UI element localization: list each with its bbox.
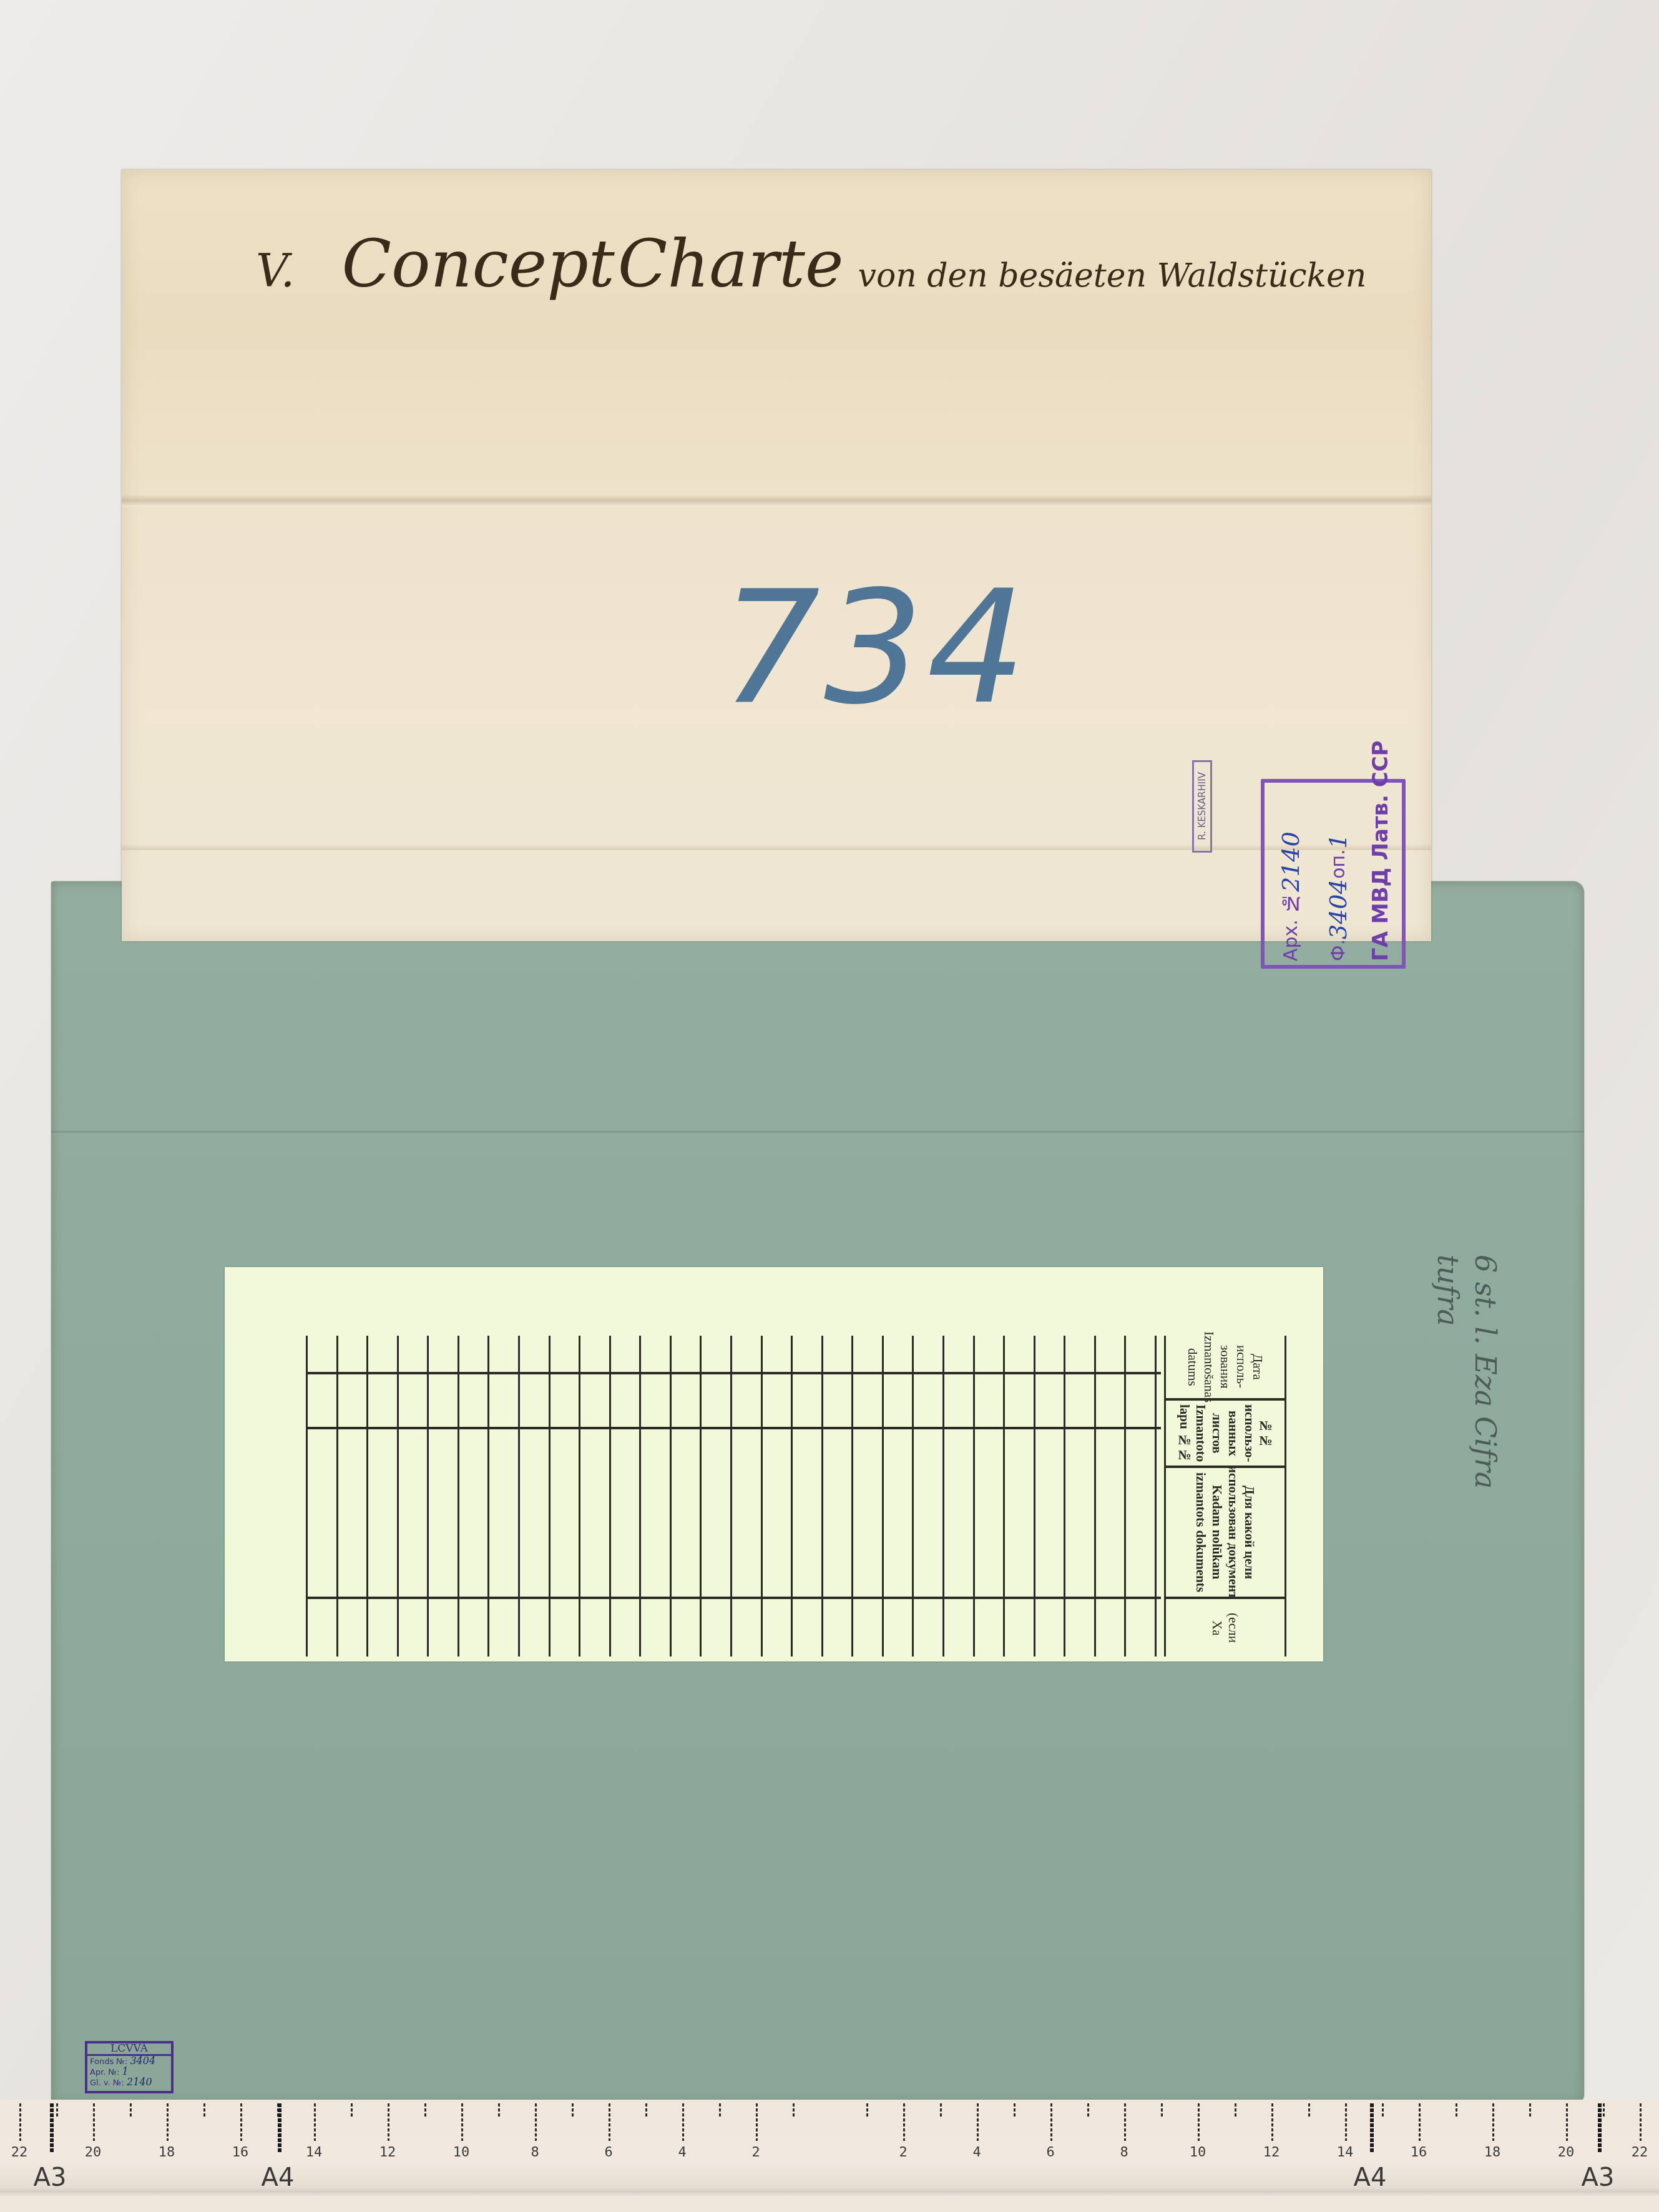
measurement-ruler: 222018161412108642246810121416182022A3A4…	[0, 2100, 1659, 2212]
format-label: A3	[34, 2163, 67, 2192]
title-rest: von den besäeten Waldstücken	[858, 257, 1367, 295]
grid-row-line	[306, 1427, 1161, 1429]
roman-numeral-mark: V.	[256, 245, 295, 297]
ruler-minor-tick	[1014, 2103, 1015, 2117]
grid-column-line	[912, 1336, 914, 1657]
ruler-number: 12	[379, 2145, 396, 2160]
ruler-tick	[1492, 2103, 1494, 2141]
manuscript-heading: V. Concept Charte von den besäeten Walds…	[256, 226, 1366, 302]
stamp-fond-line: Ф. 3404 оп. 1	[1321, 786, 1356, 961]
grid-column-line	[366, 1336, 368, 1657]
grid-column-line	[518, 1336, 520, 1657]
grid-column-line	[1064, 1336, 1065, 1657]
format-label: A4	[262, 2163, 295, 2192]
manuscript-sheet: V. Concept Charte von den besäeten Walds…	[122, 170, 1431, 941]
ruler-number: 10	[1190, 2145, 1206, 2160]
title-charte: Charte	[618, 226, 844, 302]
ruler-tick	[609, 2103, 610, 2141]
ruler-minor-tick	[645, 2103, 647, 2117]
ruler-tick	[1124, 2103, 1126, 2141]
ruler-minor-tick	[351, 2103, 353, 2117]
ruler-number: 22	[11, 2145, 28, 2160]
sheet-fold-line	[122, 494, 1431, 507]
ruler-tick	[977, 2103, 979, 2141]
header-sheets-lv: Izmantoto lapu №№	[1177, 1404, 1209, 1462]
ruler-minor-tick	[866, 2103, 868, 2117]
grid-column-line	[700, 1336, 702, 1657]
ruler-number: 6	[604, 2145, 612, 2160]
grid-column-line	[639, 1336, 641, 1657]
ruler-tick	[682, 2103, 684, 2141]
header-purpose-ru: Для какой цели использован документ	[1225, 1466, 1258, 1598]
grid-column-line	[1034, 1336, 1035, 1657]
ruler-minor-tick	[1161, 2103, 1163, 2117]
ruler-minor-tick	[1087, 2103, 1089, 2117]
header-date-lv: Izmantošanas datums	[1185, 1331, 1217, 1402]
ruler-tick	[1345, 2103, 1347, 2141]
ruler-number: 14	[1337, 2145, 1354, 2160]
grid-column-line	[549, 1336, 551, 1657]
ruler-minor-tick	[1529, 2103, 1531, 2117]
ruler-number: 6	[1046, 2145, 1054, 2160]
grid-column-line	[882, 1336, 884, 1657]
ruler-tick	[388, 2103, 389, 2141]
lcvva-apr-label: Apr. №:	[90, 2068, 119, 2077]
lcvva-fonds-row: Fonds №: 3404	[87, 2056, 171, 2067]
header-sheets-ru: №№ использо- ванных листов	[1209, 1404, 1274, 1462]
ruler-number: 20	[85, 2145, 102, 2160]
ruler-tick	[1050, 2103, 1052, 2141]
ruler-number: 2	[899, 2145, 907, 2160]
header-date-ru: Дата исполь- зования	[1217, 1345, 1266, 1389]
ruler-tick	[756, 2103, 758, 2141]
grid-column-line	[973, 1336, 975, 1657]
stamp-title: ГА МВД Латв. ССР	[1368, 786, 1393, 961]
ruler-tick	[1198, 2103, 1200, 2141]
usage-slip-grid	[306, 1336, 1161, 1657]
ruler-number: 20	[1558, 2145, 1575, 2160]
grid-column-line	[670, 1336, 672, 1657]
ruler-tick	[240, 2103, 242, 2141]
header-purpose: Kadam nolūkam izmantots dokuments Для ка…	[1166, 1468, 1285, 1599]
grid-column-line	[761, 1336, 763, 1657]
ruler-tick	[314, 2103, 316, 2141]
grid-row-line	[306, 1597, 1161, 1599]
usage-slip: Izmantošanas datums Дата исполь- зования…	[225, 1267, 1323, 1661]
ruler-number: 16	[232, 2145, 249, 2160]
ruler-minor-tick	[1308, 2103, 1310, 2117]
grid-column-line	[458, 1336, 459, 1657]
format-mark	[278, 2103, 281, 2153]
ruler-minor-tick	[498, 2103, 500, 2117]
header-purpose-lv: Kadam nolūkam izmantots dokuments	[1193, 1472, 1225, 1592]
ruler-number: 2	[751, 2145, 760, 2160]
stamp-item-value: 2140	[1277, 831, 1304, 892]
lcvva-gl-row: Gl. v. №: 2140	[87, 2077, 171, 2088]
archive-number: 734	[721, 557, 1030, 738]
header-sheets: Izmantoto lapu №№ №№ использо- ванных ли…	[1166, 1401, 1285, 1468]
ruler-number: 18	[159, 2145, 175, 2160]
grid-column-line	[1094, 1336, 1096, 1657]
ruler-tick	[19, 2103, 21, 2141]
cover-fold-line	[51, 1131, 1584, 1135]
ruler-minor-tick	[719, 2103, 721, 2117]
ruler-tick	[93, 2103, 95, 2141]
stamp-item-line: Арх. № 2140	[1273, 786, 1308, 961]
header-extra-lv: Xa	[1209, 1620, 1225, 1636]
sheet-fold-line-lower	[122, 844, 1431, 850]
format-mark	[1370, 2103, 1374, 2153]
state-archive-stamp: ГА МВД Латв. ССР Ф. 3404 оп. 1 Арх. № 21…	[1261, 779, 1406, 969]
format-mark	[50, 2103, 54, 2153]
grid-column-line	[730, 1336, 732, 1657]
lcvva-stamp: LCVVA Fonds №: 3404 Apr. №: 1 Gl. v. №: …	[85, 2041, 174, 2093]
ruler-minor-tick	[1382, 2103, 1384, 2117]
ruler-tick	[1271, 2103, 1273, 2141]
lcvva-title: LCVVA	[87, 2043, 171, 2056]
grid-column-line	[851, 1336, 853, 1657]
stamp-opis-label: оп.	[1328, 849, 1349, 879]
ruler-number: 4	[678, 2145, 686, 2160]
ruler-minor-tick	[424, 2103, 426, 2117]
keskarhiiv-stamp: R. KESKARHIIV	[1192, 760, 1212, 853]
grid-column-line	[1003, 1336, 1005, 1657]
ruler-tick	[535, 2103, 537, 2141]
grid-row-line	[306, 1372, 1161, 1374]
grid-column-line	[791, 1336, 793, 1657]
ruler-number: 8	[1120, 2145, 1128, 2160]
grid-column-line	[306, 1336, 308, 1657]
grid-column-line	[1124, 1336, 1126, 1657]
ruler-number: 4	[972, 2145, 981, 2160]
ruler-minor-tick	[1603, 2103, 1605, 2117]
ruler-number: 14	[306, 2145, 323, 2160]
ruler-minor-tick	[1235, 2103, 1236, 2117]
format-label: A3	[1582, 2163, 1615, 2192]
pencil-note: 6 st. l. Eza Cifra tufra	[1429, 1255, 1504, 1517]
ruler-number: 18	[1484, 2145, 1501, 2160]
grid-column-line	[609, 1336, 611, 1657]
grid-column-line	[821, 1336, 823, 1657]
ruler-number: 10	[453, 2145, 470, 2160]
stamp-f-label: Ф.	[1328, 939, 1349, 961]
ruler-tick	[461, 2103, 463, 2141]
header-date: Izmantošanas datums Дата исполь- зования	[1166, 1336, 1285, 1401]
ruler-minor-tick	[56, 2103, 58, 2117]
ruler-minor-tick	[793, 2103, 795, 2117]
ruler-number: 12	[1263, 2145, 1280, 2160]
grid-column-line	[336, 1336, 338, 1657]
ruler-number: 22	[1632, 2145, 1648, 2160]
usage-slip-header: Izmantošanas datums Дата исполь- зования…	[1164, 1336, 1286, 1657]
grid-column-line	[942, 1336, 944, 1657]
grid-column-line	[427, 1336, 429, 1657]
stamp-opis-value: 1	[1324, 834, 1352, 849]
format-mark	[1598, 2103, 1602, 2153]
ruler-minor-tick	[940, 2103, 942, 2117]
format-label: A4	[1354, 2163, 1387, 2192]
lcvva-fonds-value: 3404	[130, 2055, 155, 2067]
ruler-tick	[167, 2103, 169, 2141]
stamp-item-label: Арх. №	[1280, 892, 1302, 961]
grid-column-line	[1155, 1336, 1157, 1657]
ruler-tick	[1419, 2103, 1421, 2141]
ruler-tick	[903, 2103, 905, 2141]
ruler-number: 8	[531, 2145, 539, 2160]
ruler-number: 16	[1411, 2145, 1427, 2160]
lcvva-gl-value: 2140	[127, 2076, 152, 2088]
header-extra: Xa (если	[1166, 1599, 1285, 1657]
ruler-minor-tick	[572, 2103, 574, 2117]
header-extra-ru: (если	[1225, 1613, 1241, 1643]
title-concept: Concept	[341, 226, 614, 302]
ruler-minor-tick	[130, 2103, 132, 2117]
ruler-minor-tick	[203, 2103, 205, 2117]
ruler-tick	[1566, 2103, 1568, 2141]
lcvva-gl-label: Gl. v. №:	[90, 2078, 124, 2088]
ruler-tick	[1640, 2103, 1642, 2141]
grid-column-line	[579, 1336, 580, 1657]
grid-column-line	[487, 1336, 489, 1657]
stamp-fond-value: 3404	[1324, 879, 1352, 939]
ruler-minor-tick	[1456, 2103, 1457, 2117]
grid-column-line	[397, 1336, 399, 1657]
